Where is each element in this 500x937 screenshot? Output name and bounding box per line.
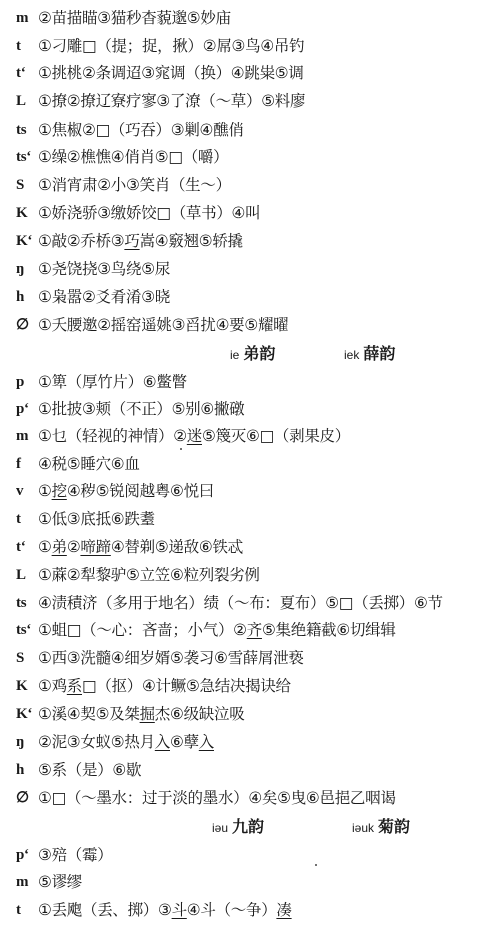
syllable-row: S①消宵肃②小③笑肖（生～） — [16, 173, 231, 197]
initial-consonant: L — [16, 89, 38, 113]
character-text: ①西③洗髓④细岁婿⑤袭习⑥雪薛屑泄亵 — [38, 649, 304, 667]
rhyme-ipa: ie — [230, 348, 239, 362]
character-list: ⑤系（是）⑥歇 — [38, 758, 141, 782]
character-list: ①箄（厚竹片）⑥鳖瞥 — [38, 370, 187, 394]
character-list: ①丢飑（丢、掷）③斗④斗（～争）凑 — [38, 898, 292, 922]
rhyme-header: iəu九韵 — [212, 815, 264, 839]
syllable-row: m②苗描瞄③猫秒杳藐邈⑤妙庙 — [16, 6, 231, 30]
character-text: ①枭嚣②爻肴淆③晓 — [38, 288, 170, 306]
initial-consonant: t — [16, 507, 38, 531]
character-text: ④斗（～争） — [187, 901, 277, 919]
underlined-character: 入 — [199, 733, 214, 751]
character-text: ⑥孽 — [170, 733, 199, 751]
underlined-character: 弟 — [52, 538, 67, 556]
character-text: ①焦椒②□（巧吞）③剿④醮俏 — [38, 121, 244, 139]
rhyme-name: 菊韵 — [378, 817, 410, 836]
syllable-row: K①娇浇骄③缴娇饺□（草书）④叫 — [16, 201, 260, 225]
character-text: ①缲②樵憔④俏肖⑤□（嚼） — [38, 148, 228, 166]
initial-consonant: h — [16, 285, 38, 309]
character-text: ⑤谬缪 — [38, 873, 82, 891]
character-list: ①挑桃②条调迢③窕调（换）④跳粜⑤调 — [38, 61, 304, 85]
initial-consonant: ts — [16, 118, 38, 142]
syllable-row: v①挖④秽⑤锐阅越粤⑥悦曰 — [16, 479, 214, 503]
syllable-row: K‘①溪④契⑤及桀掘杰⑥级缺泣吸 — [16, 702, 244, 726]
character-list: ①溪④契⑤及桀掘杰⑥级缺泣吸 — [38, 702, 244, 726]
character-text: 嵩④竅翘⑤轿撬 — [140, 232, 243, 250]
character-list: ①枭嚣②爻肴淆③晓 — [38, 285, 170, 309]
underlined-character: 啼蹄 — [80, 538, 110, 556]
character-list: ①消宵肃②小③笑肖（生～） — [38, 173, 231, 197]
syllable-row: ŋ①尧饶挠③鸟绕⑤尿 — [16, 257, 170, 281]
character-list: ①缲②樵憔④俏肖⑤□（嚼） — [38, 145, 228, 169]
initial-consonant: L — [16, 563, 38, 587]
underlined-character: 齐 — [247, 621, 262, 639]
character-text: ①敲②乔桥③ — [38, 232, 124, 250]
character-text: ②泥③女蚁⑤热月 — [38, 733, 155, 751]
initial-consonant: ts‘ — [16, 145, 38, 169]
character-text: ①尧饶挠③鸟绕⑤尿 — [38, 260, 170, 278]
syllable-row: L①蔴②犁黎驴⑤立笠⑥粒列裂劣例 — [16, 563, 260, 587]
character-list: ①娇浇骄③缴娇饺□（草书）④叫 — [38, 201, 260, 225]
syllable-row: t‘①弟②啼蹄④替剃⑤递敌⑥铁忒 — [16, 535, 243, 559]
syllable-row: ts‘①蛆□（～心：吝啬；小气）②齐⑤集绝籍截⑥切缉辑 — [16, 618, 396, 642]
rhyme-header: iek薛韵 — [344, 342, 395, 366]
character-text: ① — [38, 538, 52, 556]
initial-consonant: K — [16, 201, 38, 225]
character-text: ①箄（厚竹片）⑥鳖瞥 — [38, 373, 187, 391]
character-text: ⑤集绝籍截⑥切缉辑 — [262, 621, 396, 639]
character-list: ①批披③颊（不正）⑤别⑥撇礅 — [38, 397, 244, 421]
initial-consonant: t‘ — [16, 535, 38, 559]
character-list: ①敲②乔桥③巧嵩④竅翘⑤轿撬 — [38, 229, 243, 253]
syllable-row: p‘①批披③颊（不正）⑤别⑥撇礅 — [16, 397, 244, 421]
character-text: □（抠）④计鳜⑤急结决揭诀给 — [82, 677, 291, 695]
syllable-row: ∅①夭腰邀②摇窑遥姚③舀扰④要⑤耀曜 — [16, 313, 288, 337]
syllable-row: t①刁雕□（提；捉，揪）②屌③鸟④吊钓 — [16, 34, 304, 58]
character-text: ①乜（轻视的神情）② — [38, 427, 187, 445]
character-list: ④渍積济（多用于地名）绩（～布：夏布）⑤□（丢掷）⑥节 — [38, 591, 443, 615]
character-text: ①刁雕□（提；捉，揪）②屌③鸟④吊钓 — [38, 37, 304, 55]
character-list: ①刁雕□（提；捉，揪）②屌③鸟④吊钓 — [38, 34, 304, 58]
syllable-row: ts④渍積济（多用于地名）绩（～布：夏布）⑤□（丢掷）⑥节 — [16, 591, 443, 615]
syllable-row: m①乜（轻视的神情）②迷⑤篾灭⑥□（剥果皮） — [16, 424, 350, 448]
character-text: ⑤系（是）⑥歇 — [38, 761, 141, 779]
character-text: ①撩②撩辽寮疗寥③了潦（～草）⑤料廖 — [38, 92, 305, 110]
initial-consonant: S — [16, 173, 38, 197]
initial-consonant: t — [16, 34, 38, 58]
character-list: ①乜（轻视的神情）②迷⑤篾灭⑥□（剥果皮） — [38, 424, 350, 448]
character-list: ①撩②撩辽寮疗寥③了潦（～草）⑤料廖 — [38, 89, 305, 113]
initial-consonant: ∅ — [16, 786, 38, 810]
character-text: ①娇浇骄③缴娇饺□（草书）④叫 — [38, 204, 260, 222]
character-text: ①低③底抵⑥跌耋 — [38, 510, 155, 528]
underlined-character: 斗 — [172, 901, 187, 919]
initial-consonant: f — [16, 452, 38, 476]
character-list: ①挖④秽⑤锐阅越粤⑥悦曰 — [38, 479, 214, 503]
character-list: ⑤谬缪 — [38, 870, 82, 894]
initial-consonant: p‘ — [16, 843, 38, 867]
character-text: ④替剃⑤递敌⑥铁忒 — [111, 538, 243, 556]
character-list: ①蔴②犁黎驴⑤立笠⑥粒列裂劣例 — [38, 563, 260, 587]
initial-consonant: ts‘ — [16, 618, 38, 642]
character-list: ①低③底抵⑥跌耋 — [38, 507, 155, 531]
initial-consonant: m — [16, 6, 38, 30]
syllable-row: h①枭嚣②爻肴淆③晓 — [16, 285, 170, 309]
syllable-row: m⑤谬缪 — [16, 870, 82, 894]
character-list: ①鸡系□（抠）④计鳜⑤急结决揭诀给 — [38, 674, 291, 698]
initial-consonant: m — [16, 870, 38, 894]
character-text: ①丢飑（丢、掷）③ — [38, 901, 172, 919]
initial-consonant: t — [16, 898, 38, 922]
initial-consonant: S — [16, 646, 38, 670]
initial-consonant: p‘ — [16, 397, 38, 421]
syllable-row: ts‘①缲②樵憔④俏肖⑤□（嚼） — [16, 145, 228, 169]
syllable-row: h⑤系（是）⑥歇 — [16, 758, 141, 782]
scan-speck — [180, 448, 182, 450]
initial-consonant: h — [16, 758, 38, 782]
character-text: ①蔴②犁黎驴⑤立笠⑥粒列裂劣例 — [38, 566, 260, 584]
syllable-row: t①低③底抵⑥跌耋 — [16, 507, 155, 531]
document-page: m②苗描瞄③猫秒杳藐邈⑤妙庙t①刁雕□（提；捉，揪）②屌③鸟④吊钓t‘①挑桃②条… — [0, 0, 500, 937]
character-text: ③殕（霉） — [38, 846, 112, 864]
character-text: ①□（～墨水：过于淡的墨水）④矣⑤曳⑥邑挹乙咽谒 — [38, 789, 396, 807]
rhyme-ipa: iek — [344, 348, 359, 362]
rhyme-name: 九韵 — [232, 817, 264, 836]
rhyme-ipa: iəuk — [352, 821, 374, 835]
character-text: ①消宵肃②小③笑肖（生～） — [38, 176, 231, 194]
initial-consonant: ŋ — [16, 257, 38, 281]
character-list: ③殕（霉） — [38, 843, 112, 867]
underlined-character: 掘 — [140, 705, 155, 723]
underlined-character: 迷 — [187, 427, 202, 445]
character-list: ①夭腰邀②摇窑遥姚③舀扰④要⑤耀曜 — [38, 313, 288, 337]
character-list: ②苗描瞄③猫秒杳藐邈⑤妙庙 — [38, 6, 231, 30]
character-text: ①蛆□（～心：吝啬；小气）② — [38, 621, 247, 639]
character-text: ⑤篾灭⑥□（剥果皮） — [202, 427, 350, 445]
syllable-row: t‘①挑桃②条调迢③窕调（换）④跳粜⑤调 — [16, 61, 304, 85]
character-list: ②泥③女蚁⑤热月入⑥孽入 — [38, 730, 214, 754]
syllable-row: t①丢飑（丢、掷）③斗④斗（～争）凑 — [16, 898, 292, 922]
syllable-row: f④税⑤睡穴⑥血 — [16, 452, 140, 476]
character-text: ②苗描瞄③猫秒杳藐邈⑤妙庙 — [38, 9, 231, 27]
rhyme-name: 弟韵 — [243, 344, 275, 363]
character-list: ①焦椒②□（巧吞）③剿④醮俏 — [38, 118, 244, 142]
initial-consonant: m — [16, 424, 38, 448]
syllable-row: p①箄（厚竹片）⑥鳖瞥 — [16, 370, 187, 394]
character-text: ①鸡 — [38, 677, 67, 695]
syllable-row: ∅①□（～墨水：过于淡的墨水）④矣⑤曳⑥邑挹乙咽谒 — [16, 786, 396, 810]
underlined-character: 系 — [67, 677, 82, 695]
character-text: ② — [67, 538, 81, 556]
rhyme-ipa: iəu — [212, 821, 228, 835]
syllable-row: L①撩②撩辽寮疗寥③了潦（～草）⑤料廖 — [16, 89, 305, 113]
character-text: ① — [38, 482, 52, 500]
character-list: ①尧饶挠③鸟绕⑤尿 — [38, 257, 170, 281]
rhyme-header: iəuk菊韵 — [352, 815, 410, 839]
character-text: ①夭腰邀②摇窑遥姚③舀扰④要⑤耀曜 — [38, 316, 288, 334]
syllable-row: S①西③洗髓④细岁婿⑤袭习⑥雪薛屑泄亵 — [16, 646, 304, 670]
character-text: ④秽⑤锐阅越粤⑥悦曰 — [67, 482, 214, 500]
character-text: 杰⑥级缺泣吸 — [155, 705, 245, 723]
initial-consonant: K‘ — [16, 702, 38, 726]
initial-consonant: t‘ — [16, 61, 38, 85]
character-list: ①蛆□（～心：吝啬；小气）②齐⑤集绝籍截⑥切缉辑 — [38, 618, 396, 642]
underlined-character: 入 — [155, 733, 170, 751]
initial-consonant: p — [16, 370, 38, 394]
initial-consonant: ŋ — [16, 730, 38, 754]
character-text: ④渍積济（多用于地名）绩（～布：夏布）⑤□（丢掷）⑥节 — [38, 594, 443, 612]
character-list: ④税⑤睡穴⑥血 — [38, 452, 140, 476]
syllable-row: K①鸡系□（抠）④计鳜⑤急结决揭诀给 — [16, 674, 291, 698]
character-text: ④税⑤睡穴⑥血 — [38, 455, 140, 473]
initial-consonant: K — [16, 674, 38, 698]
scan-speck — [315, 864, 317, 866]
initial-consonant: ∅ — [16, 313, 38, 337]
character-text: ①挑桃②条调迢③窕调（换）④跳粜⑤调 — [38, 64, 304, 82]
syllable-row: p‘③殕（霉） — [16, 843, 112, 867]
initial-consonant: v — [16, 479, 38, 503]
syllable-row: ŋ②泥③女蚁⑤热月入⑥孽入 — [16, 730, 214, 754]
character-list: ①西③洗髓④细岁婿⑤袭习⑥雪薛屑泄亵 — [38, 646, 304, 670]
rhyme-name: 薛韵 — [363, 344, 395, 363]
underlined-character: 巧 — [124, 232, 139, 250]
syllable-row: ts①焦椒②□（巧吞）③剿④醮俏 — [16, 118, 244, 142]
syllable-row: K‘①敲②乔桥③巧嵩④竅翘⑤轿撬 — [16, 229, 243, 253]
character-text: ①溪④契⑤及桀 — [38, 705, 140, 723]
character-list: ①□（～墨水：过于淡的墨水）④矣⑤曳⑥邑挹乙咽谒 — [38, 786, 396, 810]
initial-consonant: ts — [16, 591, 38, 615]
underlined-character: 凑 — [276, 901, 291, 919]
underlined-character: 挖 — [52, 482, 67, 500]
rhyme-header: ie弟韵 — [230, 342, 275, 366]
initial-consonant: K‘ — [16, 229, 38, 253]
character-text: ①批披③颊（不正）⑤别⑥撇礅 — [38, 400, 244, 418]
character-list: ①弟②啼蹄④替剃⑤递敌⑥铁忒 — [38, 535, 243, 559]
